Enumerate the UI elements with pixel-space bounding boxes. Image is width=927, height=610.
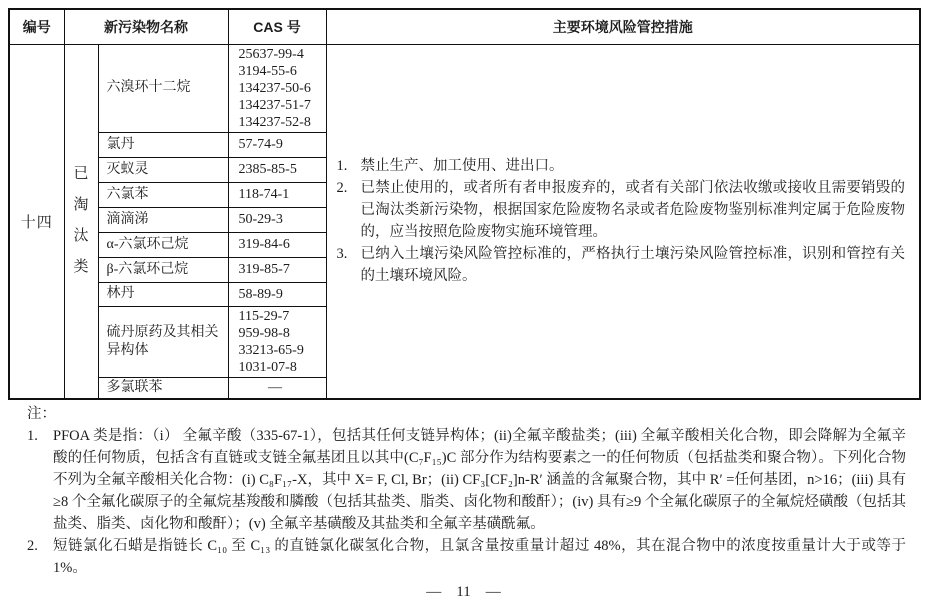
substance-name-cell: 多氯联苯 xyxy=(98,377,228,399)
measure-item: 1. 禁止生产、加工使用、进出口。 xyxy=(337,155,906,177)
measure-number: 3. xyxy=(337,243,361,287)
cas-cell: 58-89-9 xyxy=(228,282,326,306)
cas-cell: 319-84-6 xyxy=(228,232,326,257)
column-header-cas: CAS 号 xyxy=(228,9,326,44)
table-row: 十四 已淘汰类 六溴环十二烷 25637-99-4 3194-55-6 1342… xyxy=(9,44,920,132)
notes-section: 注： 1. PFOA 类是指：（i） 全氟辛酸（335-67-1），包括其任何支… xyxy=(27,403,906,579)
note-number: 1. xyxy=(27,425,53,535)
substance-name-cell: 滴滴涕 xyxy=(98,207,228,232)
note-item: 1. PFOA 类是指：（i） 全氟辛酸（335-67-1），包括其任何支链异构… xyxy=(27,425,906,535)
cas-cell: 319-85-7 xyxy=(228,257,326,282)
column-header-pollutant-name: 新污染物名称 xyxy=(64,9,228,44)
notes-label: 注： xyxy=(27,403,906,425)
cas-cell: 118-74-1 xyxy=(228,182,326,207)
pollutant-table-container: 编号 新污染物名称 CAS 号 主要环境风险管控措施 十四 已淘汰类 六溴环十二… xyxy=(8,8,921,400)
category-vertical-label: 已淘汰类 xyxy=(73,159,89,283)
substance-name-cell: 氯丹 xyxy=(98,132,228,157)
measures-cell: 1. 禁止生产、加工使用、进出口。 2. 已禁止使用的，或者所有者申报废弃的，或… xyxy=(326,44,920,399)
cas-cell: — xyxy=(228,377,326,399)
cas-cell: 50-29-3 xyxy=(228,207,326,232)
substance-name-cell: 林丹 xyxy=(98,282,228,306)
note-text: PFOA 类是指：（i） 全氟辛酸（335-67-1），包括其任何支链异构体；(… xyxy=(53,425,906,535)
note-text: 短链氯化石蜡是指链长 C₁₀ 至 C₁₃ 的直链氯化碳氢化合物，且氯含量按重量计… xyxy=(53,535,906,579)
category-cell: 已淘汰类 xyxy=(64,44,98,399)
row-number-cell: 十四 xyxy=(9,44,64,399)
substance-name-cell: 硫丹原药及其相关异构体 xyxy=(98,306,228,377)
note-number: 2. xyxy=(27,535,53,579)
cas-cell: 2385-85-5 xyxy=(228,157,326,182)
cas-cell: 25637-99-4 3194-55-6 134237-50-6 134237-… xyxy=(228,44,326,132)
substance-name-cell: α-六氯环己烷 xyxy=(98,232,228,257)
column-header-number: 编号 xyxy=(9,9,64,44)
substance-name-cell: 灭蚁灵 xyxy=(98,157,228,182)
page-number: — 11 — xyxy=(0,580,927,601)
note-item: 2. 短链氯化石蜡是指链长 C₁₀ 至 C₁₃ 的直链氯化碳氢化合物，且氯含量按… xyxy=(27,535,906,579)
measure-text: 已纳入土壤污染风险管控标准的，严格执行土壤污染风险管控标准，识别和管控有关的土壤… xyxy=(361,243,906,287)
substance-name-cell: 六氯苯 xyxy=(98,182,228,207)
cas-cell: 115-29-7 959-98-8 33213-65-9 1031-07-8 xyxy=(228,306,326,377)
measure-number: 1. xyxy=(337,155,361,177)
cas-cell: 57-74-9 xyxy=(228,132,326,157)
substance-name-cell: 六溴环十二烷 xyxy=(98,44,228,132)
substance-name-cell: β-六氯环己烷 xyxy=(98,257,228,282)
measure-text: 已禁止使用的，或者所有者申报废弃的，或者有关部门依法收缴或接收且需要销毁的已淘汰… xyxy=(361,177,906,243)
measure-text: 禁止生产、加工使用、进出口。 xyxy=(361,155,906,177)
column-header-measures: 主要环境风险管控措施 xyxy=(326,9,920,44)
measure-item: 2. 已禁止使用的，或者所有者申报废弃的，或者有关部门依法收缴或接收且需要销毁的… xyxy=(337,177,906,243)
table-header-row: 编号 新污染物名称 CAS 号 主要环境风险管控措施 xyxy=(9,9,920,44)
measure-item: 3. 已纳入土壤污染风险管控标准的，严格执行土壤污染风险管控标准，识别和管控有关… xyxy=(337,243,906,287)
pollutant-table: 编号 新污染物名称 CAS 号 主要环境风险管控措施 十四 已淘汰类 六溴环十二… xyxy=(8,8,921,400)
measure-number: 2. xyxy=(337,177,361,243)
